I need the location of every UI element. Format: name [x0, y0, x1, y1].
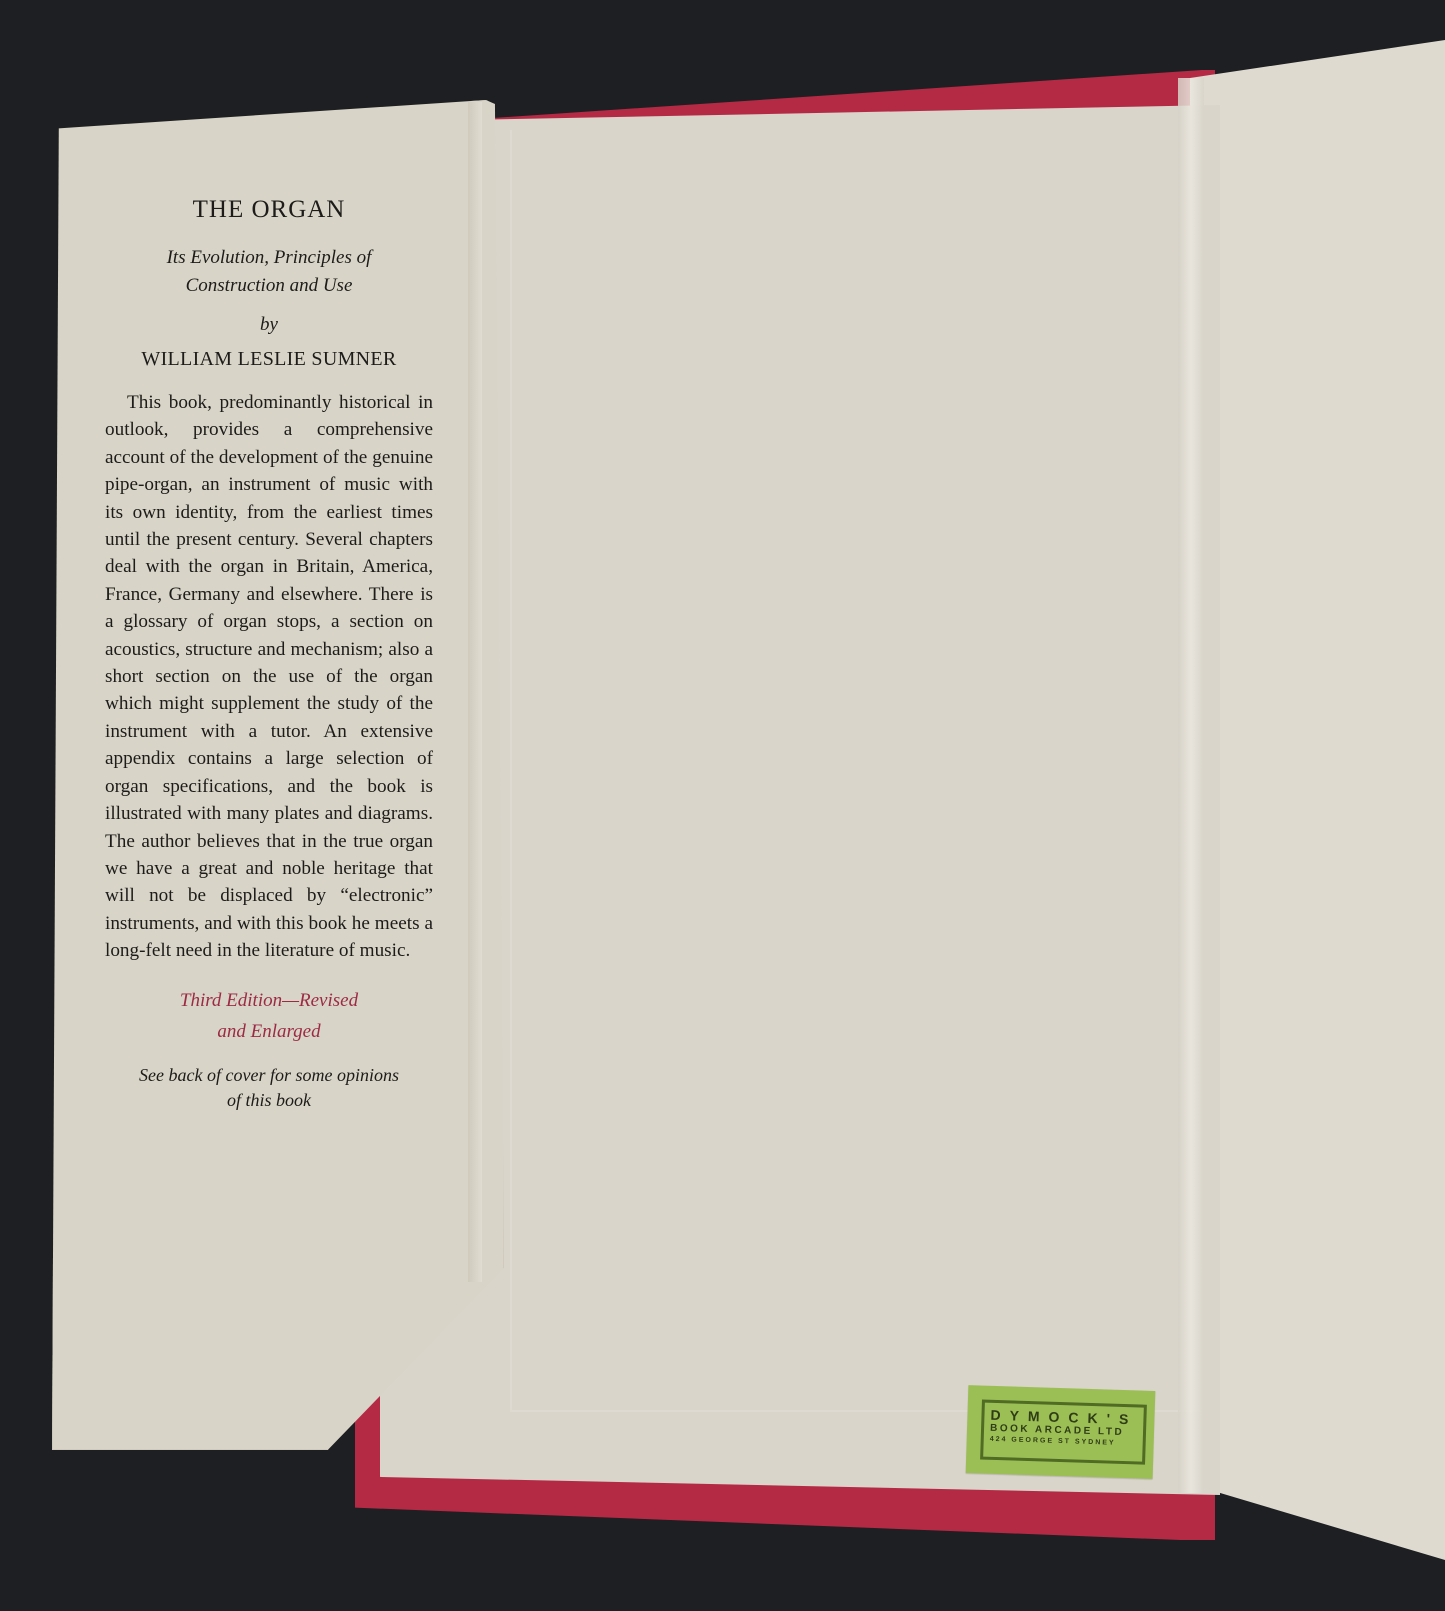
- book-photo: THE ORGAN Its Evolution, Principles of C…: [0, 0, 1445, 1611]
- subtitle-line: Its Evolution, Principles of: [105, 244, 433, 272]
- edition-note: Third Edition—Revised and Enlarged: [105, 985, 433, 1047]
- page-crease: [1178, 78, 1204, 1493]
- back-note-line: of this book: [105, 1088, 433, 1113]
- edition-line: and Enlarged: [105, 1016, 433, 1047]
- book-subtitle: Its Evolution, Principles of Constructio…: [105, 244, 433, 300]
- right-flyleaf: [1190, 40, 1445, 1560]
- back-note-line: See back of cover for some opinions: [105, 1063, 433, 1088]
- by-line: by: [105, 314, 433, 336]
- book-title: THE ORGAN: [105, 196, 433, 224]
- flap-text: THE ORGAN Its Evolution, Principles of C…: [105, 196, 433, 1113]
- back-cover-note: See back of cover for some opinions of t…: [105, 1063, 433, 1113]
- bookseller-label: DYMOCK'S BOOK ARCADE LTD 424 GEORGE ST S…: [966, 1385, 1156, 1479]
- label-border: DYMOCK'S BOOK ARCADE LTD 424 GEORGE ST S…: [980, 1400, 1147, 1465]
- book-blurb: This book, predominantly his­torical in …: [105, 389, 433, 965]
- subtitle-line: Construction and Use: [105, 272, 433, 300]
- endpaper-impression: [510, 130, 1202, 1412]
- author-name: WILLIAM LESLIE SUMNER: [105, 348, 433, 371]
- flap-fold-line: [468, 102, 482, 1282]
- edition-line: Third Edition—Revised: [105, 985, 433, 1016]
